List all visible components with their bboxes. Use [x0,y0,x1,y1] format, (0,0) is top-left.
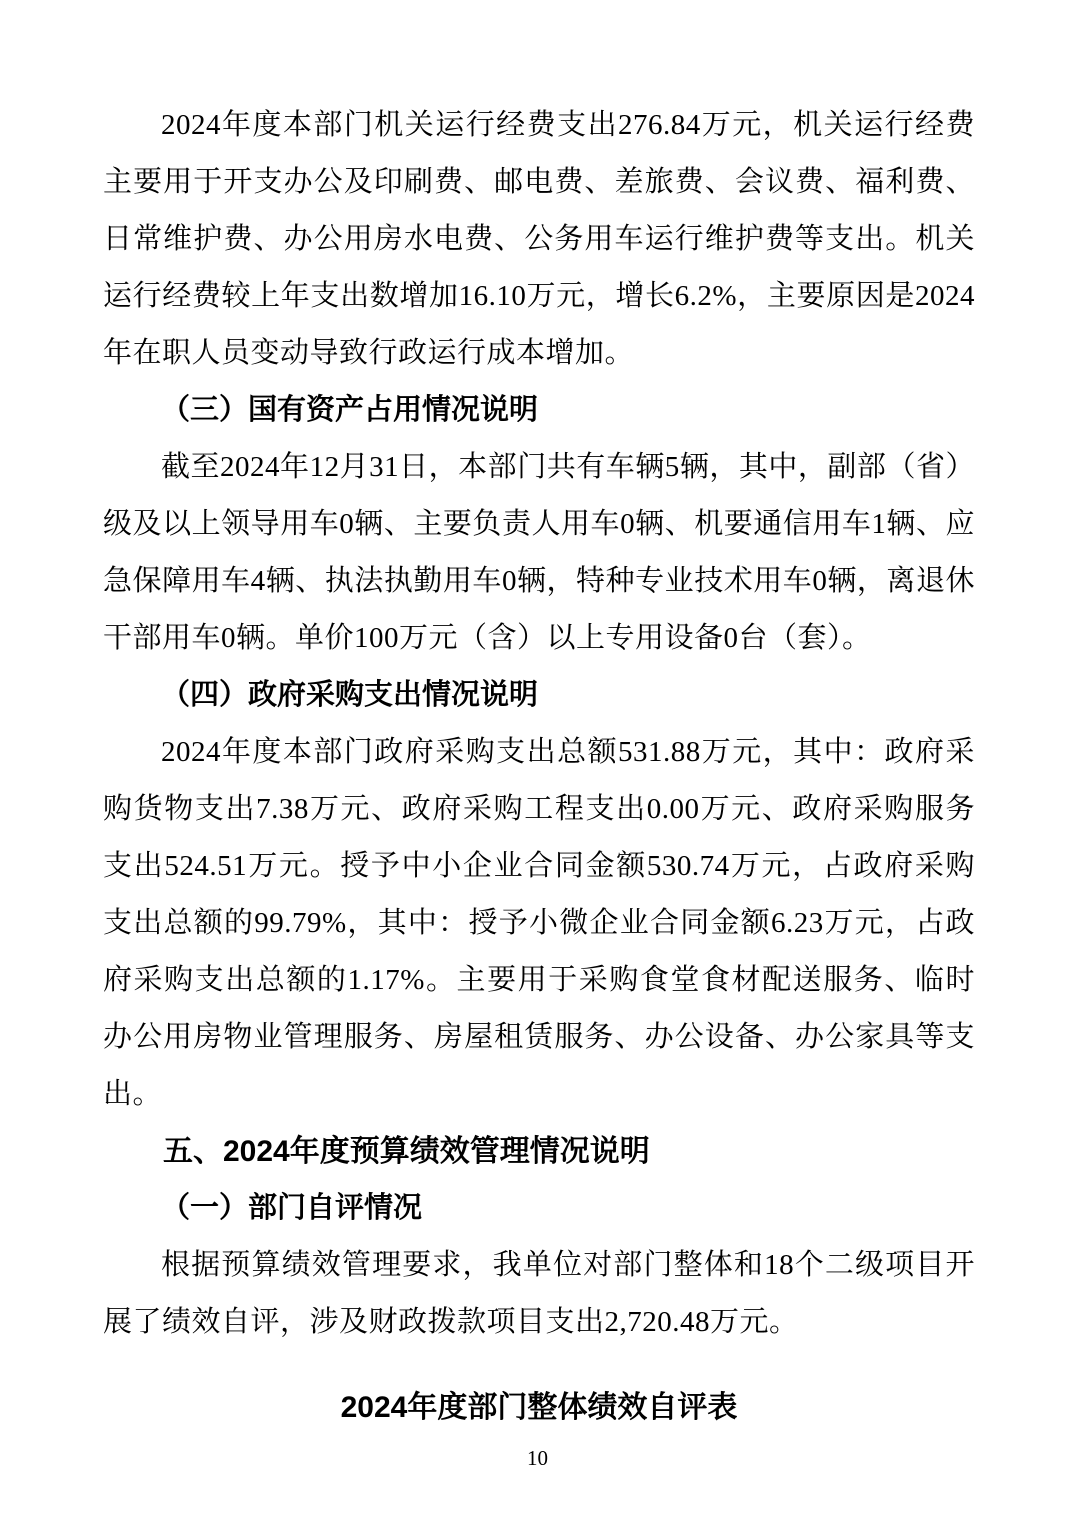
heading-government-procurement: （四）政府采购支出情况说明 [103,667,975,724]
heading-budget-performance: 五、2024年度预算绩效管理情况说明 [103,1123,975,1180]
page-number: 10 [0,1446,1075,1470]
table-title-performance-self-evaluation: 2024年度部门整体绩效自评表 [103,1379,975,1436]
paragraph-government-procurement: 2024年度本部门政府采购支出总额531.88万元，其中：政府采购货物支出7.3… [103,724,975,1123]
paragraph-state-assets: 截至2024年12月31日，本部门共有车辆5辆，其中，副部（省）级及以上领导用车… [103,439,975,667]
heading-state-assets: （三）国有资产占用情况说明 [103,382,975,439]
document-page: 2024年度本部门机关运行经费支出276.84万元，机关运行经费主要用于开支办公… [0,0,1075,1520]
paragraph-operating-expenses: 2024年度本部门机关运行经费支出276.84万元，机关运行经费主要用于开支办公… [103,97,975,382]
paragraph-department-self-evaluation: 根据预算绩效管理要求，我单位对部门整体和18个二级项目开展了绩效自评，涉及财政拨… [103,1237,975,1351]
heading-department-self-evaluation: （一）部门自评情况 [103,1180,975,1237]
